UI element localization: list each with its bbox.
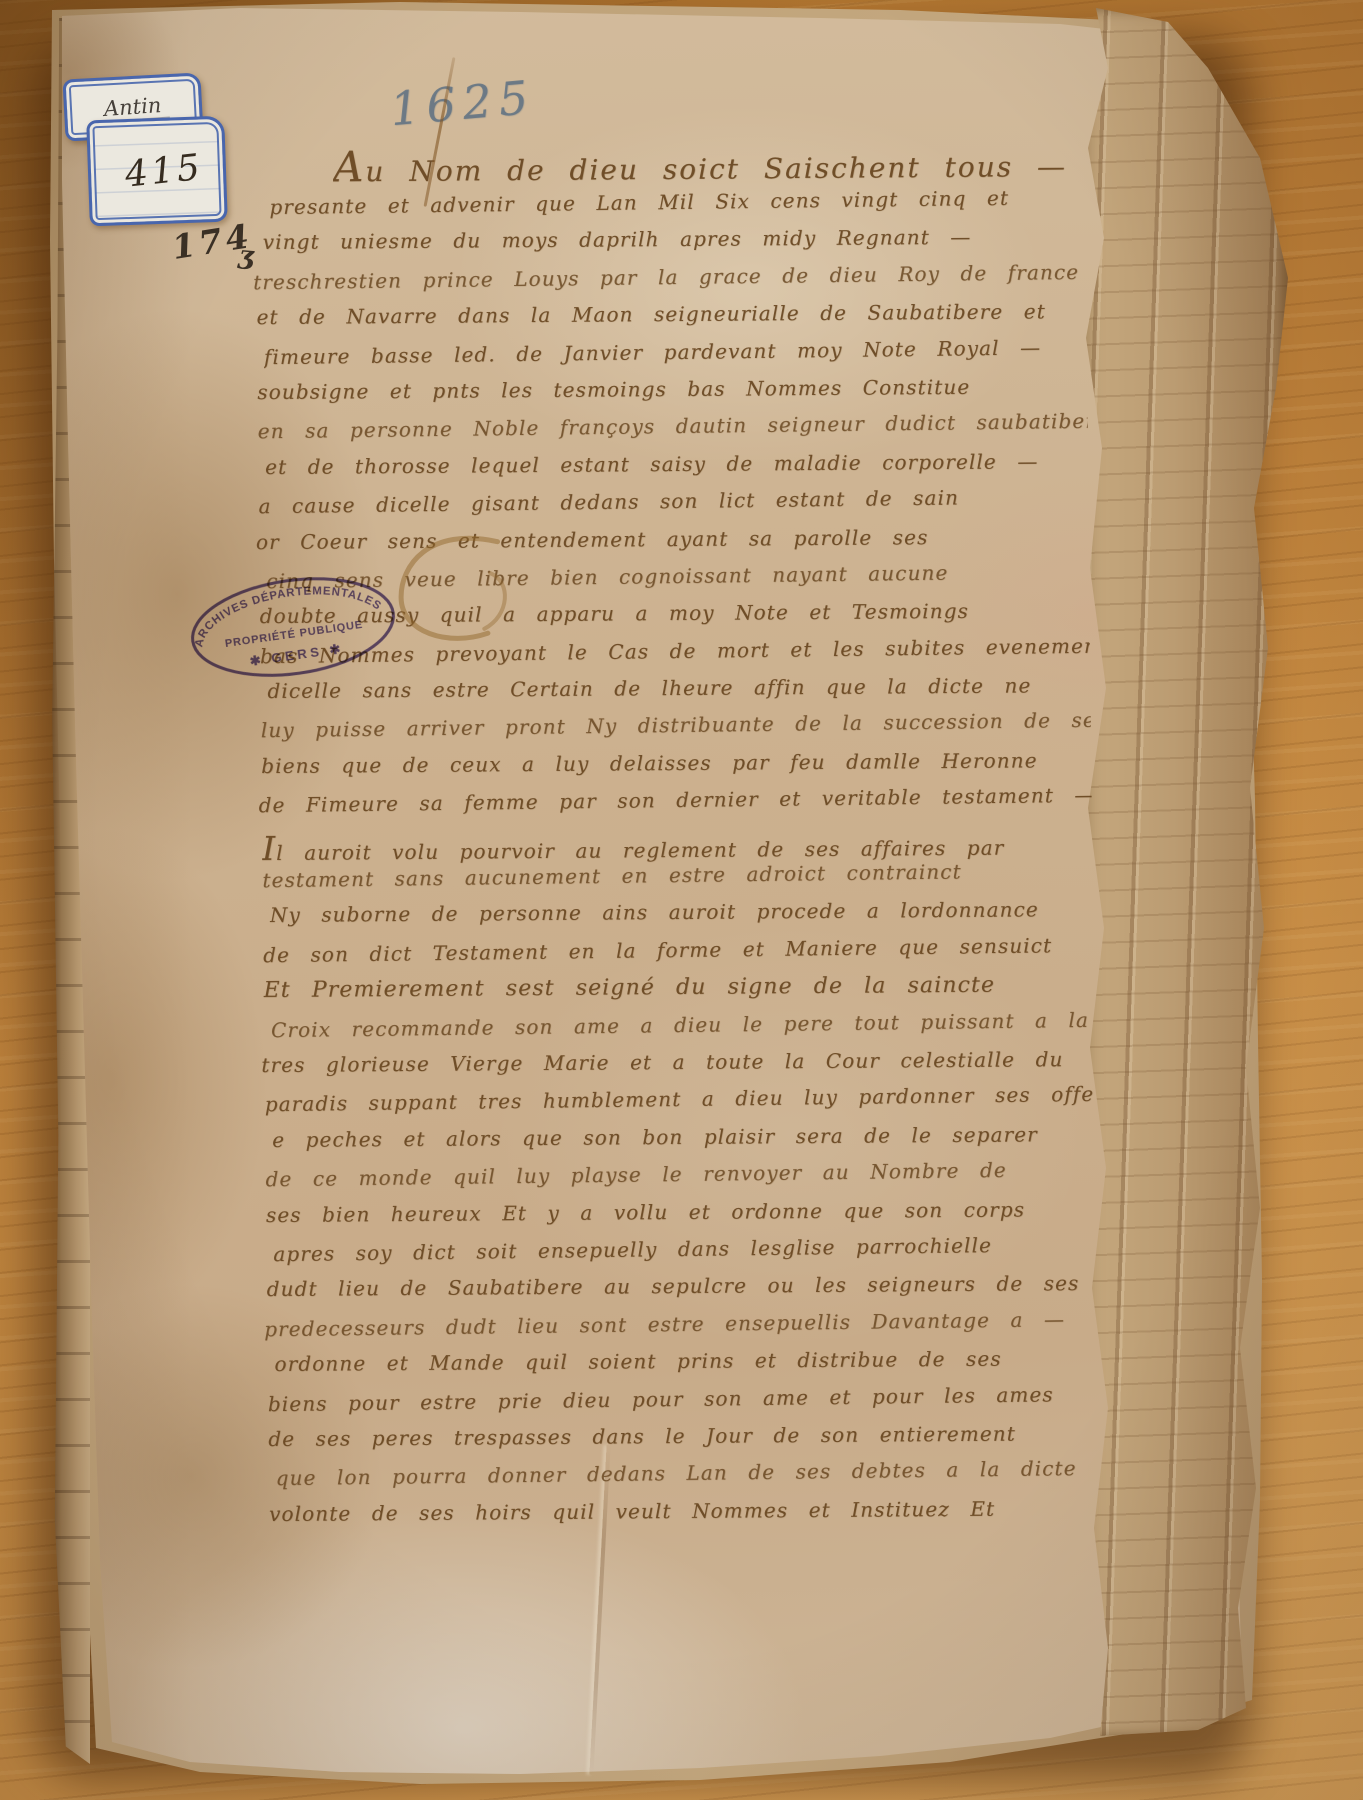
stamp-border <box>186 567 399 688</box>
archive-label-number: 415 <box>86 116 228 227</box>
folio-flourish: ʒ <box>237 240 254 271</box>
ink-flourish <box>386 523 533 661</box>
archive-label-number-text: 415 <box>123 146 205 195</box>
manuscript-line: volonte de ses hoirs quil veult Nommes e… <box>269 1496 1099 1539</box>
manuscript-text: Au Nom de dieu soict Saischent tous — pr… <box>255 136 1100 1541</box>
photo-stage: Au Nom de dieu soict Saischent tous — pr… <box>0 0 1363 1800</box>
manuscript-line: Au Nom de dieu soict Saischent tous — <box>333 137 1085 193</box>
stamp-bottom-text: ✱ GERS ✱ <box>249 641 345 669</box>
